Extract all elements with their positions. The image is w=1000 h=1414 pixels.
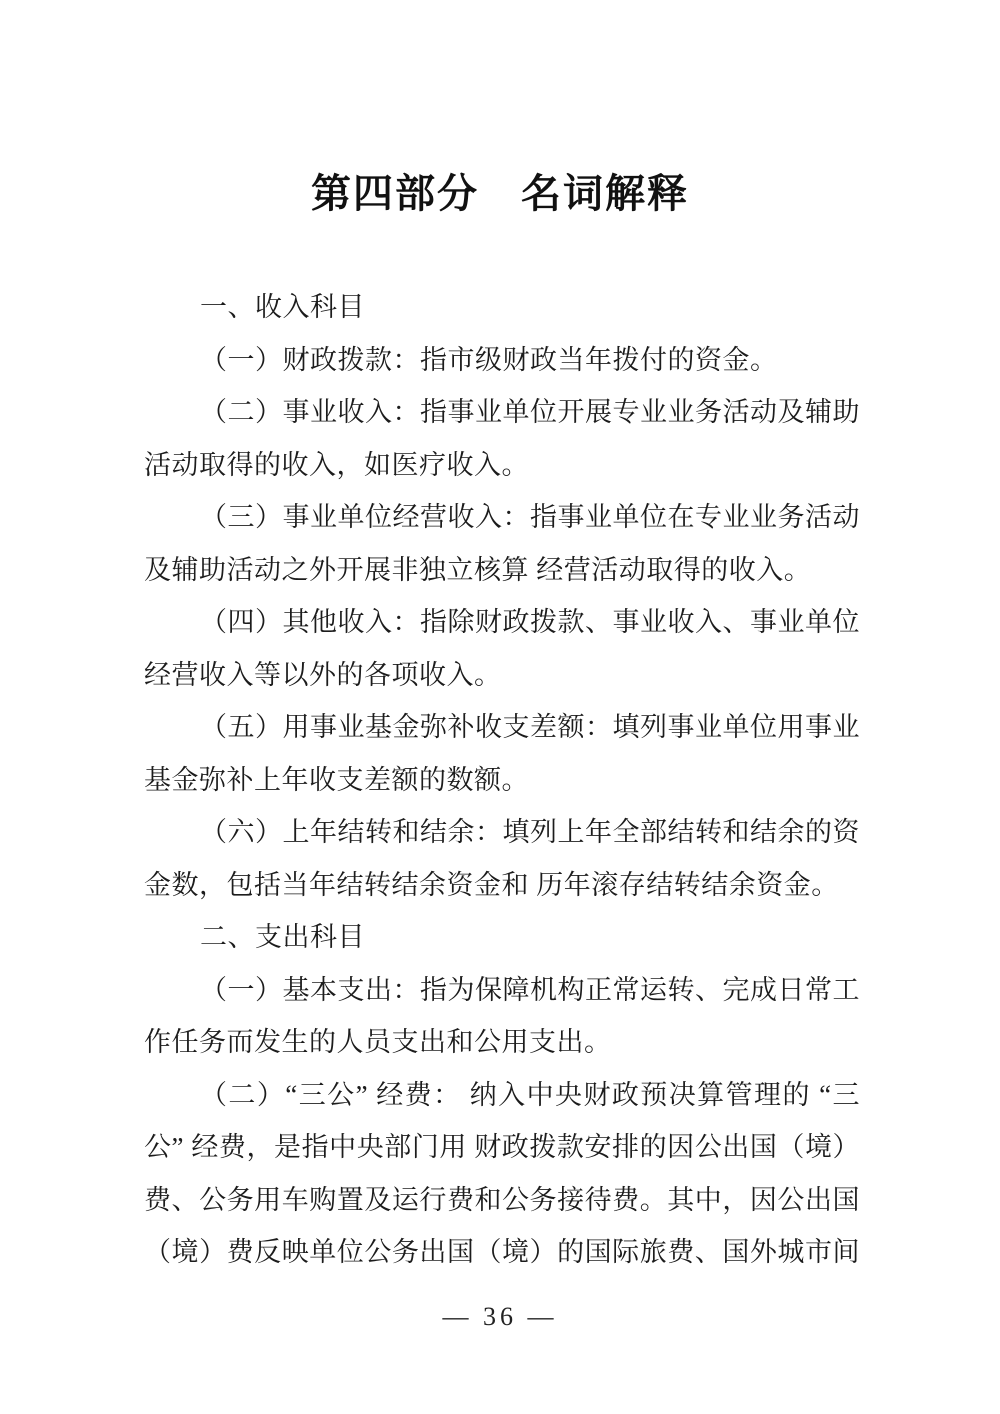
term-caiZhengBoKuan-line: （一）财政拨款：指市级财政当年拨付的资金。 bbox=[144, 334, 860, 387]
term-shangNianJieZhuan-line: （六）上年结转和结余：填列上年全部结转和结余的资 bbox=[144, 806, 860, 859]
term-shiYeJiJin-line: 基金弥补上年收支差额的数额。 bbox=[144, 754, 860, 807]
term-jingYingShouRu-line: （三）事业单位经营收入：指事业单位在专业业务活动 bbox=[144, 491, 860, 544]
section-heading-expenditure-line: 二、支出科目 bbox=[144, 911, 860, 964]
document-page: 第四部分 名词解释 一、收入科目（一）财政拨款：指市级财政当年拨付的资金。（二）… bbox=[0, 0, 1000, 1414]
term-sanGongJingFei-line: （境）费反映单位公务出国（境）的国际旅费、国外城市间 bbox=[144, 1226, 860, 1279]
page-number: — 36 — bbox=[443, 1302, 558, 1331]
document-body: 一、收入科目（一）财政拨款：指市级财政当年拨付的资金。（二）事业收入：指事业单位… bbox=[144, 281, 860, 1279]
term-sanGongJingFei-line: （二）“三公” 经费： 纳入中央财政预决算管理的 “三 bbox=[144, 1069, 860, 1122]
document-title: 第四部分 名词解释 bbox=[0, 168, 1000, 220]
term-jiBenZhiChu-line: （一）基本支出：指为保障机构正常运转、完成日常工 bbox=[144, 964, 860, 1017]
term-shiYeShouRu-line: （二）事业收入：指事业单位开展专业业务活动及辅助 bbox=[144, 386, 860, 439]
term-qiTaShouRu-line: 经营收入等以外的各项收入。 bbox=[144, 649, 860, 702]
term-jingYingShouRu-line: 及辅助活动之外开展非独立核算 经营活动取得的收入。 bbox=[144, 544, 860, 597]
page-footer: — 36 — bbox=[0, 1302, 1000, 1332]
term-jiBenZhiChu-line: 作任务而发生的人员支出和公用支出。 bbox=[144, 1016, 860, 1069]
term-shiYeJiJin-line: （五）用事业基金弥补收支差额：填列事业单位用事业 bbox=[144, 701, 860, 754]
term-qiTaShouRu-line: （四）其他收入：指除财政拨款、事业收入、事业单位 bbox=[144, 596, 860, 649]
term-sanGongJingFei-line: 公” 经费，是指中央部门用 财政拨款安排的因公出国（境） bbox=[144, 1121, 860, 1174]
section-heading-income-line: 一、收入科目 bbox=[144, 281, 860, 334]
term-sanGongJingFei-line: 费、公务用车购置及运行费和公务接待费。其中，因公出国 bbox=[144, 1174, 860, 1227]
term-shiYeShouRu-line: 活动取得的收入，如医疗收入。 bbox=[144, 439, 860, 492]
term-shangNianJieZhuan-line: 金数，包括当年结转结余资金和 历年滚存结转结余资金。 bbox=[144, 859, 860, 912]
